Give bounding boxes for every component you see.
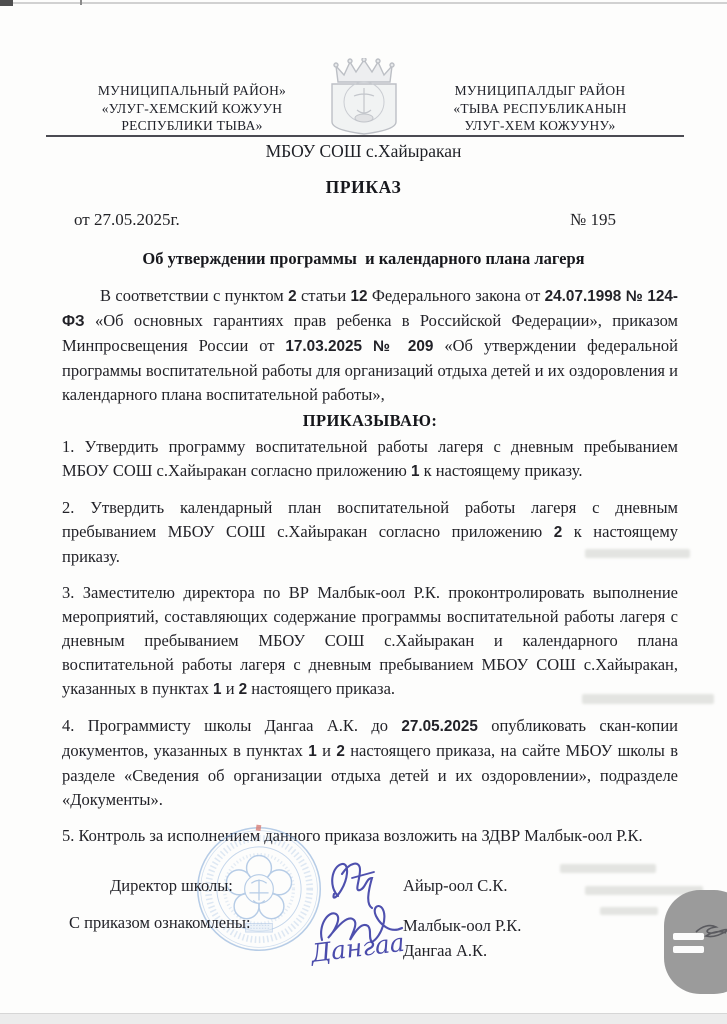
school-name: МБОУ СОШ с.Хайыракан [0,141,727,162]
org-line: «УЛУГ-ХЕМСКИЙ КОЖУУН [62,100,322,118]
acknowledged-name-2: Дангаа А.К. [403,941,487,961]
org-line: МУНИЦИПАЛЬНЫЙ РАЙОН» [62,82,322,100]
document-title: ПРИКАЗ [0,177,727,198]
order-item-5: 5. Контроль за исполнением данного прика… [62,824,678,848]
director-label: Директор школы: [110,876,233,896]
org-line: МУНИЦИПАЛДЫГ РАЙОН [410,82,670,100]
hamburger-menu-icon [673,946,704,953]
document-subject: Об утверждении программы и календарного … [0,249,727,269]
ink-scribble-mark [694,918,727,945]
org-line: «ТЫВА РЕСПУБЛИКАНЫН [410,100,670,118]
scan-edge-line [0,2,727,4]
scan-bottom-strip [0,1013,727,1024]
org-line: УЛУГ-ХЕМ КОЖУУНУ» [410,117,670,135]
scan-corner-mark [0,0,13,6]
order-item-2: 2. Утвердить календарный план воспитател… [62,496,678,569]
acknowledged-label: С приказом ознакомлены: [69,913,251,933]
coat-of-arms-with-crown-icon [324,58,404,141]
acknowledged-name-1: Малбык-оол Р.К. [403,916,521,936]
preamble-paragraph: В соответствии с пунктом 2 статьи 12 Фед… [62,284,678,407]
director-name: Айыр-оол С.К. [403,876,507,896]
document-date: от 27.05.2025г. [74,210,180,230]
header-divider [46,135,684,137]
order-item-4: 4. Программисту школы Дангаа А.К. до 27.… [62,714,678,812]
decree-word: ПРИКАЗЫВАЮ: [62,409,678,433]
order-item-3: 3. Заместителю директора по ВР Малбык-оо… [62,581,678,702]
org-line: РЕСПУБЛИКИ ТЫВА» [62,117,322,135]
org-name-right: МУНИЦИПАЛДЫГ РАЙОН «ТЫВА РЕСПУБЛИКАНЫН У… [410,82,670,135]
bleed-through-smudge [560,864,656,873]
document-number: № 195 [570,210,616,230]
document-body: В соответствии с пунктом 2 статьи 12 Фед… [62,284,678,860]
scanned-order-page: МУНИЦИПАЛЬНЫЙ РАЙОН» «УЛУГ-ХЕМСКИЙ КОЖУУ… [0,0,727,1024]
order-item-1: 1. Утвердить программу воспитательной ра… [62,435,678,484]
bleed-through-smudge [600,907,658,915]
org-name-left: МУНИЦИПАЛЬНЫЙ РАЙОН» «УЛУГ-ХЕМСКИЙ КОЖУУ… [62,82,322,135]
dangaa-signature-script: Дангаа [308,928,406,968]
scan-tick-mark [80,0,82,5]
